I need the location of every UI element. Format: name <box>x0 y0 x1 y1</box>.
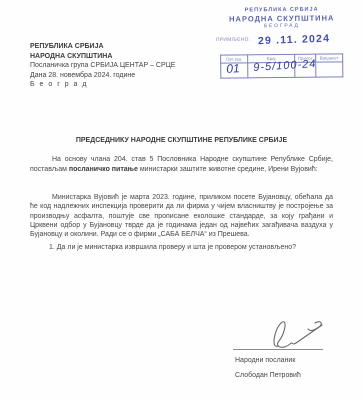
stamp-received-row: ПРИМЉЕНО: 29 .11. 2024 <box>216 30 330 49</box>
stamp-cell-value <box>316 62 343 77</box>
signature-line <box>233 349 323 350</box>
stamp-city: БЕОГРАД <box>213 22 351 29</box>
receipt-stamp: РЕПУБЛИКА СРБИЈА НАРОДНА СКУПШТИНА БЕОГР… <box>213 3 352 84</box>
handwritten-org-unit: 01 <box>226 61 240 76</box>
document-title: ПРЕДСЕДНИКУ НАРОДНЕ СКУПШТИНЕ РЕПУБЛИКЕ … <box>0 137 363 144</box>
received-label: ПРИМЉЕНО: <box>216 38 251 43</box>
document-page: РЕПУБЛИКА СРБИЈА НАРОДНА СКУПШТИНА Посла… <box>0 0 363 400</box>
stamp-header-value: Вредност <box>316 54 343 62</box>
sender-country: РЕПУБЛИКА СРБИЈА <box>30 42 175 52</box>
signer-role: Народни посланик <box>235 357 295 364</box>
received-date-stamp: 29 .11. 2024 <box>258 32 331 47</box>
signer-name: Слободан Петровић <box>235 372 301 379</box>
handwritten-signature <box>248 316 328 350</box>
question-item: 1. Да ли је министарка извршила проверу … <box>30 244 352 251</box>
mp-question-emphasis: посланичко питање <box>69 166 138 173</box>
addressee-text: министарки заштите животне средине, Ирен… <box>138 166 318 173</box>
legal-basis-paragraph: На основу члана 204. став 5 Пословника Н… <box>30 155 333 174</box>
sender-date: Дана 28. новембра 2024. године <box>30 71 175 81</box>
body-paragraph: Министарка Вујовић је марта 2023. године… <box>30 193 333 239</box>
sender-group: Посланичка група СРБИЈА ЦЕНТАР – СРЦЕ <box>30 61 175 71</box>
sender-block: РЕПУБЛИКА СРБИЈА НАРОДНА СКУПШТИНА Посла… <box>30 42 175 90</box>
sender-city: Б е о г р а д <box>30 80 175 90</box>
sender-institution: НАРОДНА СКУПШТИНА <box>30 52 175 62</box>
